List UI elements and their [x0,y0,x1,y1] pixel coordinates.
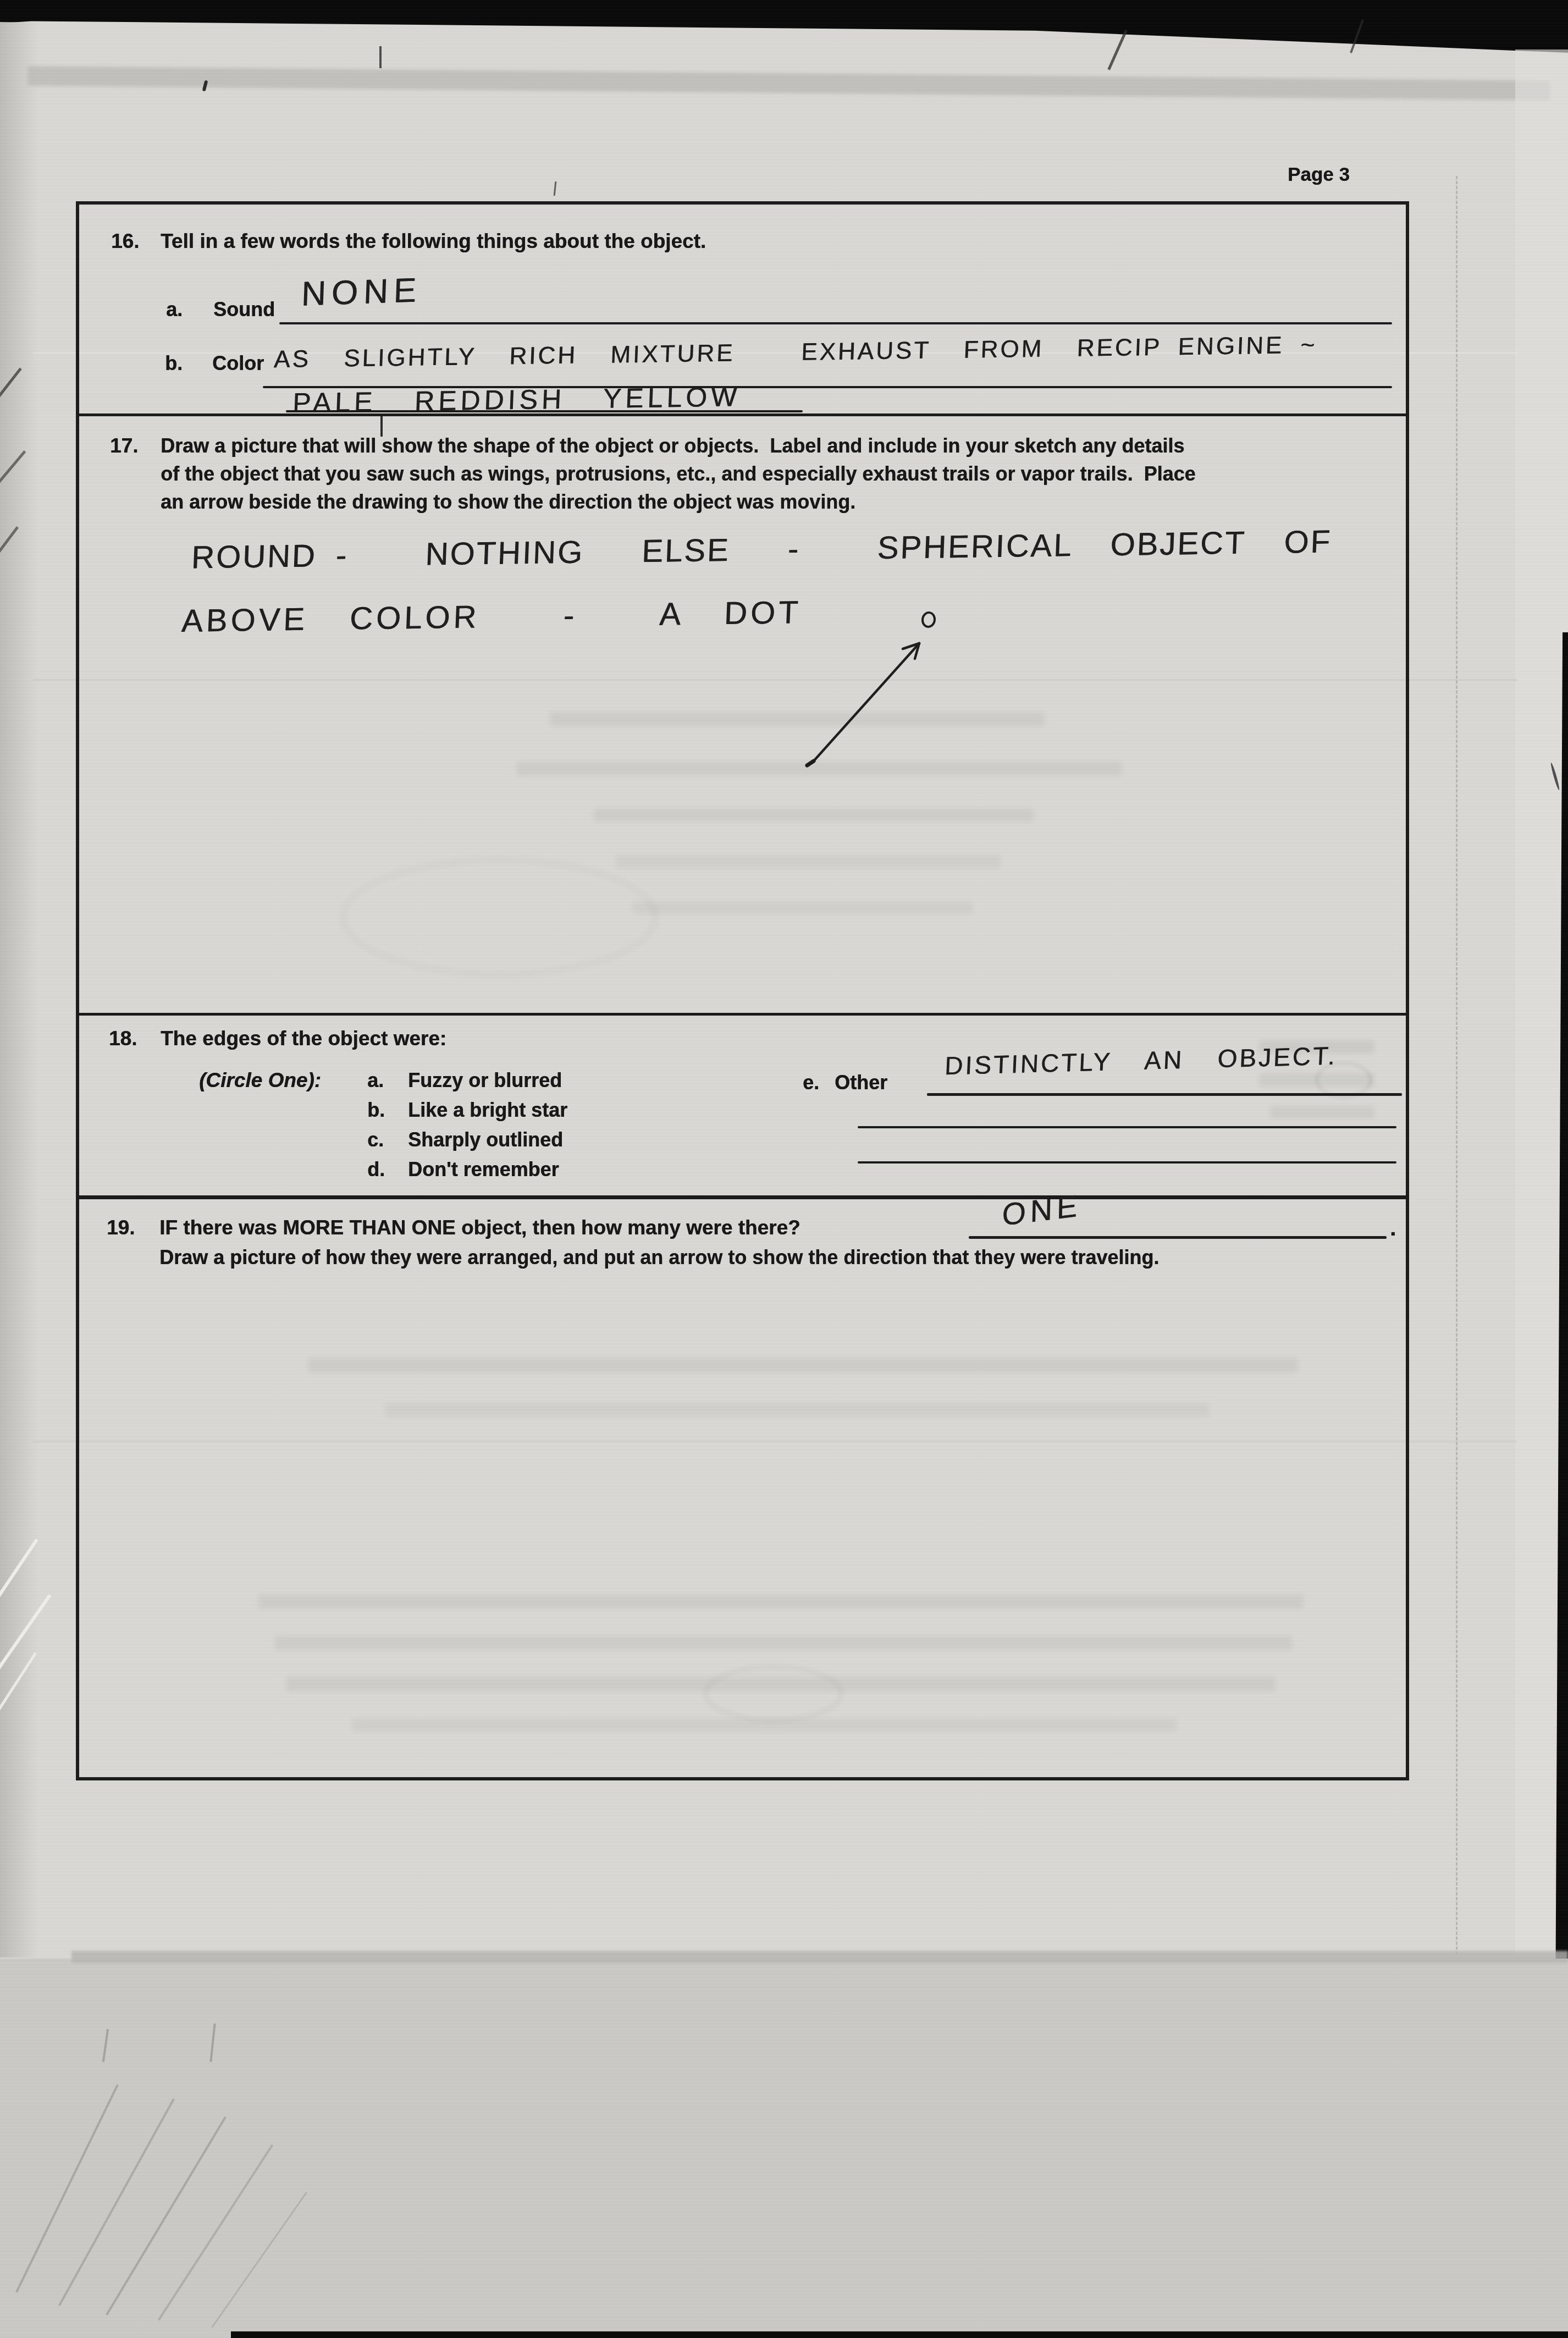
section-divider-18-19 [76,1195,1409,1199]
bleedthrough-oval [341,858,658,977]
scan-top-black-band [0,0,1568,53]
q16b-answer-line2-underline [286,410,803,412]
q19-number: 19. [107,1216,135,1239]
q18-blank-line-1 [858,1126,1396,1128]
scan-top-shadow-band [27,66,1550,101]
q19-answer-line [969,1236,1387,1239]
q18-circle-one-label: (Circle One): [199,1069,321,1092]
q18-option-a-letter: a. [367,1069,384,1092]
scan-bottom-black-strip [231,2331,1568,2338]
q18-option-b-letter: b. [367,1099,385,1122]
q17-number: 17. [110,434,138,457]
q16-prompt: Tell in a few words the following things… [161,230,706,253]
ink-speck [554,181,557,196]
q18-option-c-letter: c. [367,1128,384,1151]
q17-prompt-line1: Draw a picture that will show the shape … [161,434,1184,457]
scan-left-edge-shade [0,22,38,1957]
q16b-answer-line2-handwriting: PALE REDDISH YELLOW [292,381,741,418]
section-divider-16-17 [76,413,1409,416]
q16a-label: Sound [213,298,275,321]
q17-prompt-line3: an arrow beside the drawing to show the … [161,490,855,514]
q18-prompt: The edges of the object were: [161,1027,446,1050]
q16-number: 16. [111,230,139,253]
q19-after-answer-period: . [1390,1216,1396,1241]
paper-bottom-edge [71,1951,1568,1963]
q18-option-c-label: Sharply outlined [408,1128,563,1151]
q18-blank-line-2 [858,1161,1396,1164]
q18-option-a-label: Fuzzy or blurred [408,1069,562,1092]
q16b-letter: b. [165,352,183,375]
q16a-letter: a. [166,298,183,321]
q18-other-letter: e. [803,1071,819,1094]
scan-bottom-band [0,1959,1568,2338]
q16a-answer-line [279,322,1392,324]
q17-prompt-line2: of the object that you saw such as wings… [161,462,1196,486]
direction-arrow-sketch [791,621,939,781]
q19-prompt-line1: IF there was MORE THAN ONE object, then … [159,1216,800,1239]
bleedthrough-oval [704,1665,843,1722]
bleedthrough-circle [1315,1061,1372,1099]
section-divider-17-18 [76,1013,1409,1016]
q19-prompt-line2: Draw a picture of how they were arranged… [159,1246,1159,1269]
q16a-answer-handwriting: NONE [301,271,422,314]
ink-speck [379,46,382,68]
ink-speck [1107,30,1127,70]
paper-fold-crease-line [1456,176,1457,1955]
q18-option-d-label: Don't remember [408,1158,559,1181]
q18-option-b-label: Like a bright star [408,1099,567,1122]
q18-option-d-letter: d. [367,1158,385,1181]
q18-number: 18. [109,1027,137,1050]
page-number-label: Page 3 [1288,164,1350,186]
q16b-label: Color [212,352,264,375]
scanned-questionnaire-page: Page 3 16. Tell in a few words the follo… [0,0,1568,2338]
q18-other-label: Other [835,1071,887,1094]
